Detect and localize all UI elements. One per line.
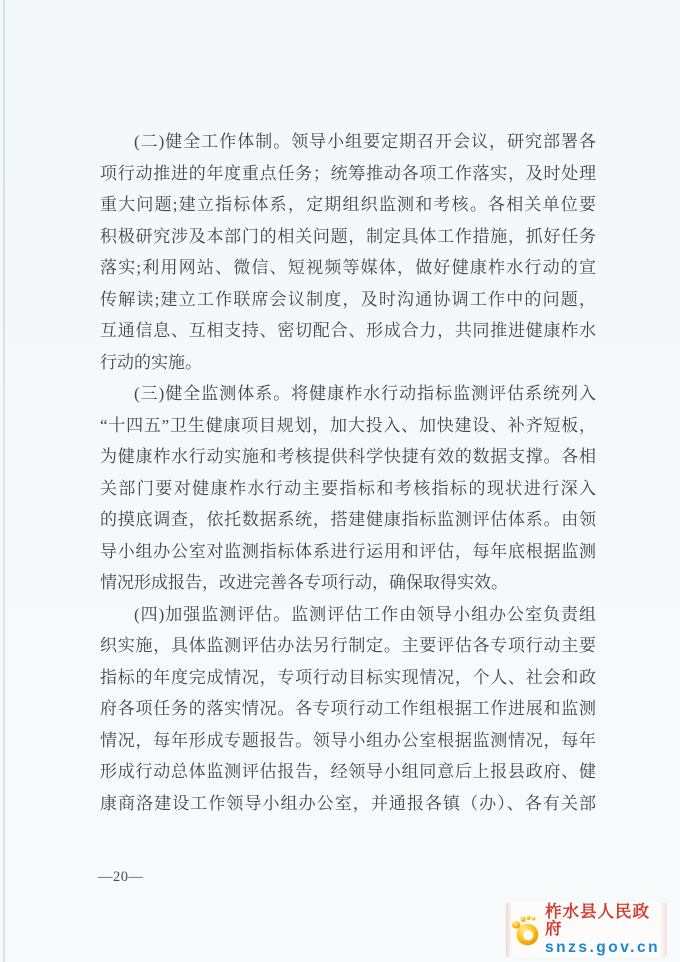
scanned-document-page: (二)健全工作体制。领导小组要定期召开会议，研究部署各 项行动推进的年度重点任务… [0,0,680,962]
document-line: (三)健全监测体系。将健康柞水行动指标监测评估系统列入 [100,378,596,410]
document-line: 项行动推进的年度重点任务；统筹推动各项工作落实，及时处理 [100,158,596,190]
document-line: 落实;利用网站、微信、短视频等媒体，做好健康柞水行动的宣 [100,252,596,284]
document-line: 情况，每年形成专题报告。领导小组办公室根据监测情况，每年 [100,725,596,757]
document-line: 府各项任务的落实情况。各专项行动工作组根据工作进展和监测 [100,693,596,725]
scan-edge-artifact [3,0,5,962]
document-line: (二)健全工作体制。领导小组要定期召开会议，研究部署各 [100,126,596,158]
page-number: —20— [98,869,144,886]
document-line: 重大问题;建立指标体系，定期组织监测和考核。各相关单位要 [100,189,596,221]
government-site-logo: 柞水县人民政府 snzs.gov.cn [506,903,667,957]
logo-text-block: 柞水县人民政府 snzs.gov.cn [545,904,667,956]
document-body: (二)健全工作体制。领导小组要定期召开会议，研究部署各 项行动推进的年度重点任务… [100,126,596,819]
document-line: (四)加强监测评估。监测评估工作由领导小组办公室负责组 [100,599,596,631]
logo-website: snzs.gov.cn [545,940,667,956]
document-line: 织实施，具体监测评估办法另行制定。主要评估各专项行动主要 [100,630,596,662]
logo-org-name: 柞水县人民政府 [545,904,667,937]
document-line: 关部门要对健康柞水行动主要指标和考核指标的现状进行深入 [100,473,596,505]
document-line: 情况形成报告，改进完善各专项行动，确保取得实效。 [100,567,596,599]
document-line: 指标的年度完成情况，专项行动目标实现情况，个人、社会和政 [100,662,596,694]
document-line: 行动的实施。 [100,347,596,379]
document-line: 积极研究涉及本部门的相关问题，制定具体工作措施，抓好任务 [100,221,596,253]
document-line: 传解读;建立工作联席会议制度，及时沟通协调工作中的问题， [100,284,596,316]
document-line: 的摸底调查，依托数据系统，搭建健康指标监测评估体系。由领 [100,504,596,536]
document-line: 为健康柞水行动实施和考核提供科学快捷有效的数据支撑。各相 [100,441,596,473]
document-line: “十四五”卫生健康项目规划，加大投入、加快建设、补齐短板， [100,410,596,442]
footprint-icon [510,912,541,952]
document-line: 互通信息、互相支持、密切配合、形成合力，共同推进健康柞水 [100,315,596,347]
document-line: 导小组办公室对监测指标体系进行运用和评估，每年底根据监测 [100,536,596,568]
document-line: 康商洛建设工作领导小组办公室，并通报各镇（办）、各有关部 [100,788,596,820]
document-line: 形成行动总体监测评估报告，经领导小组同意后上报县政府、健 [100,756,596,788]
